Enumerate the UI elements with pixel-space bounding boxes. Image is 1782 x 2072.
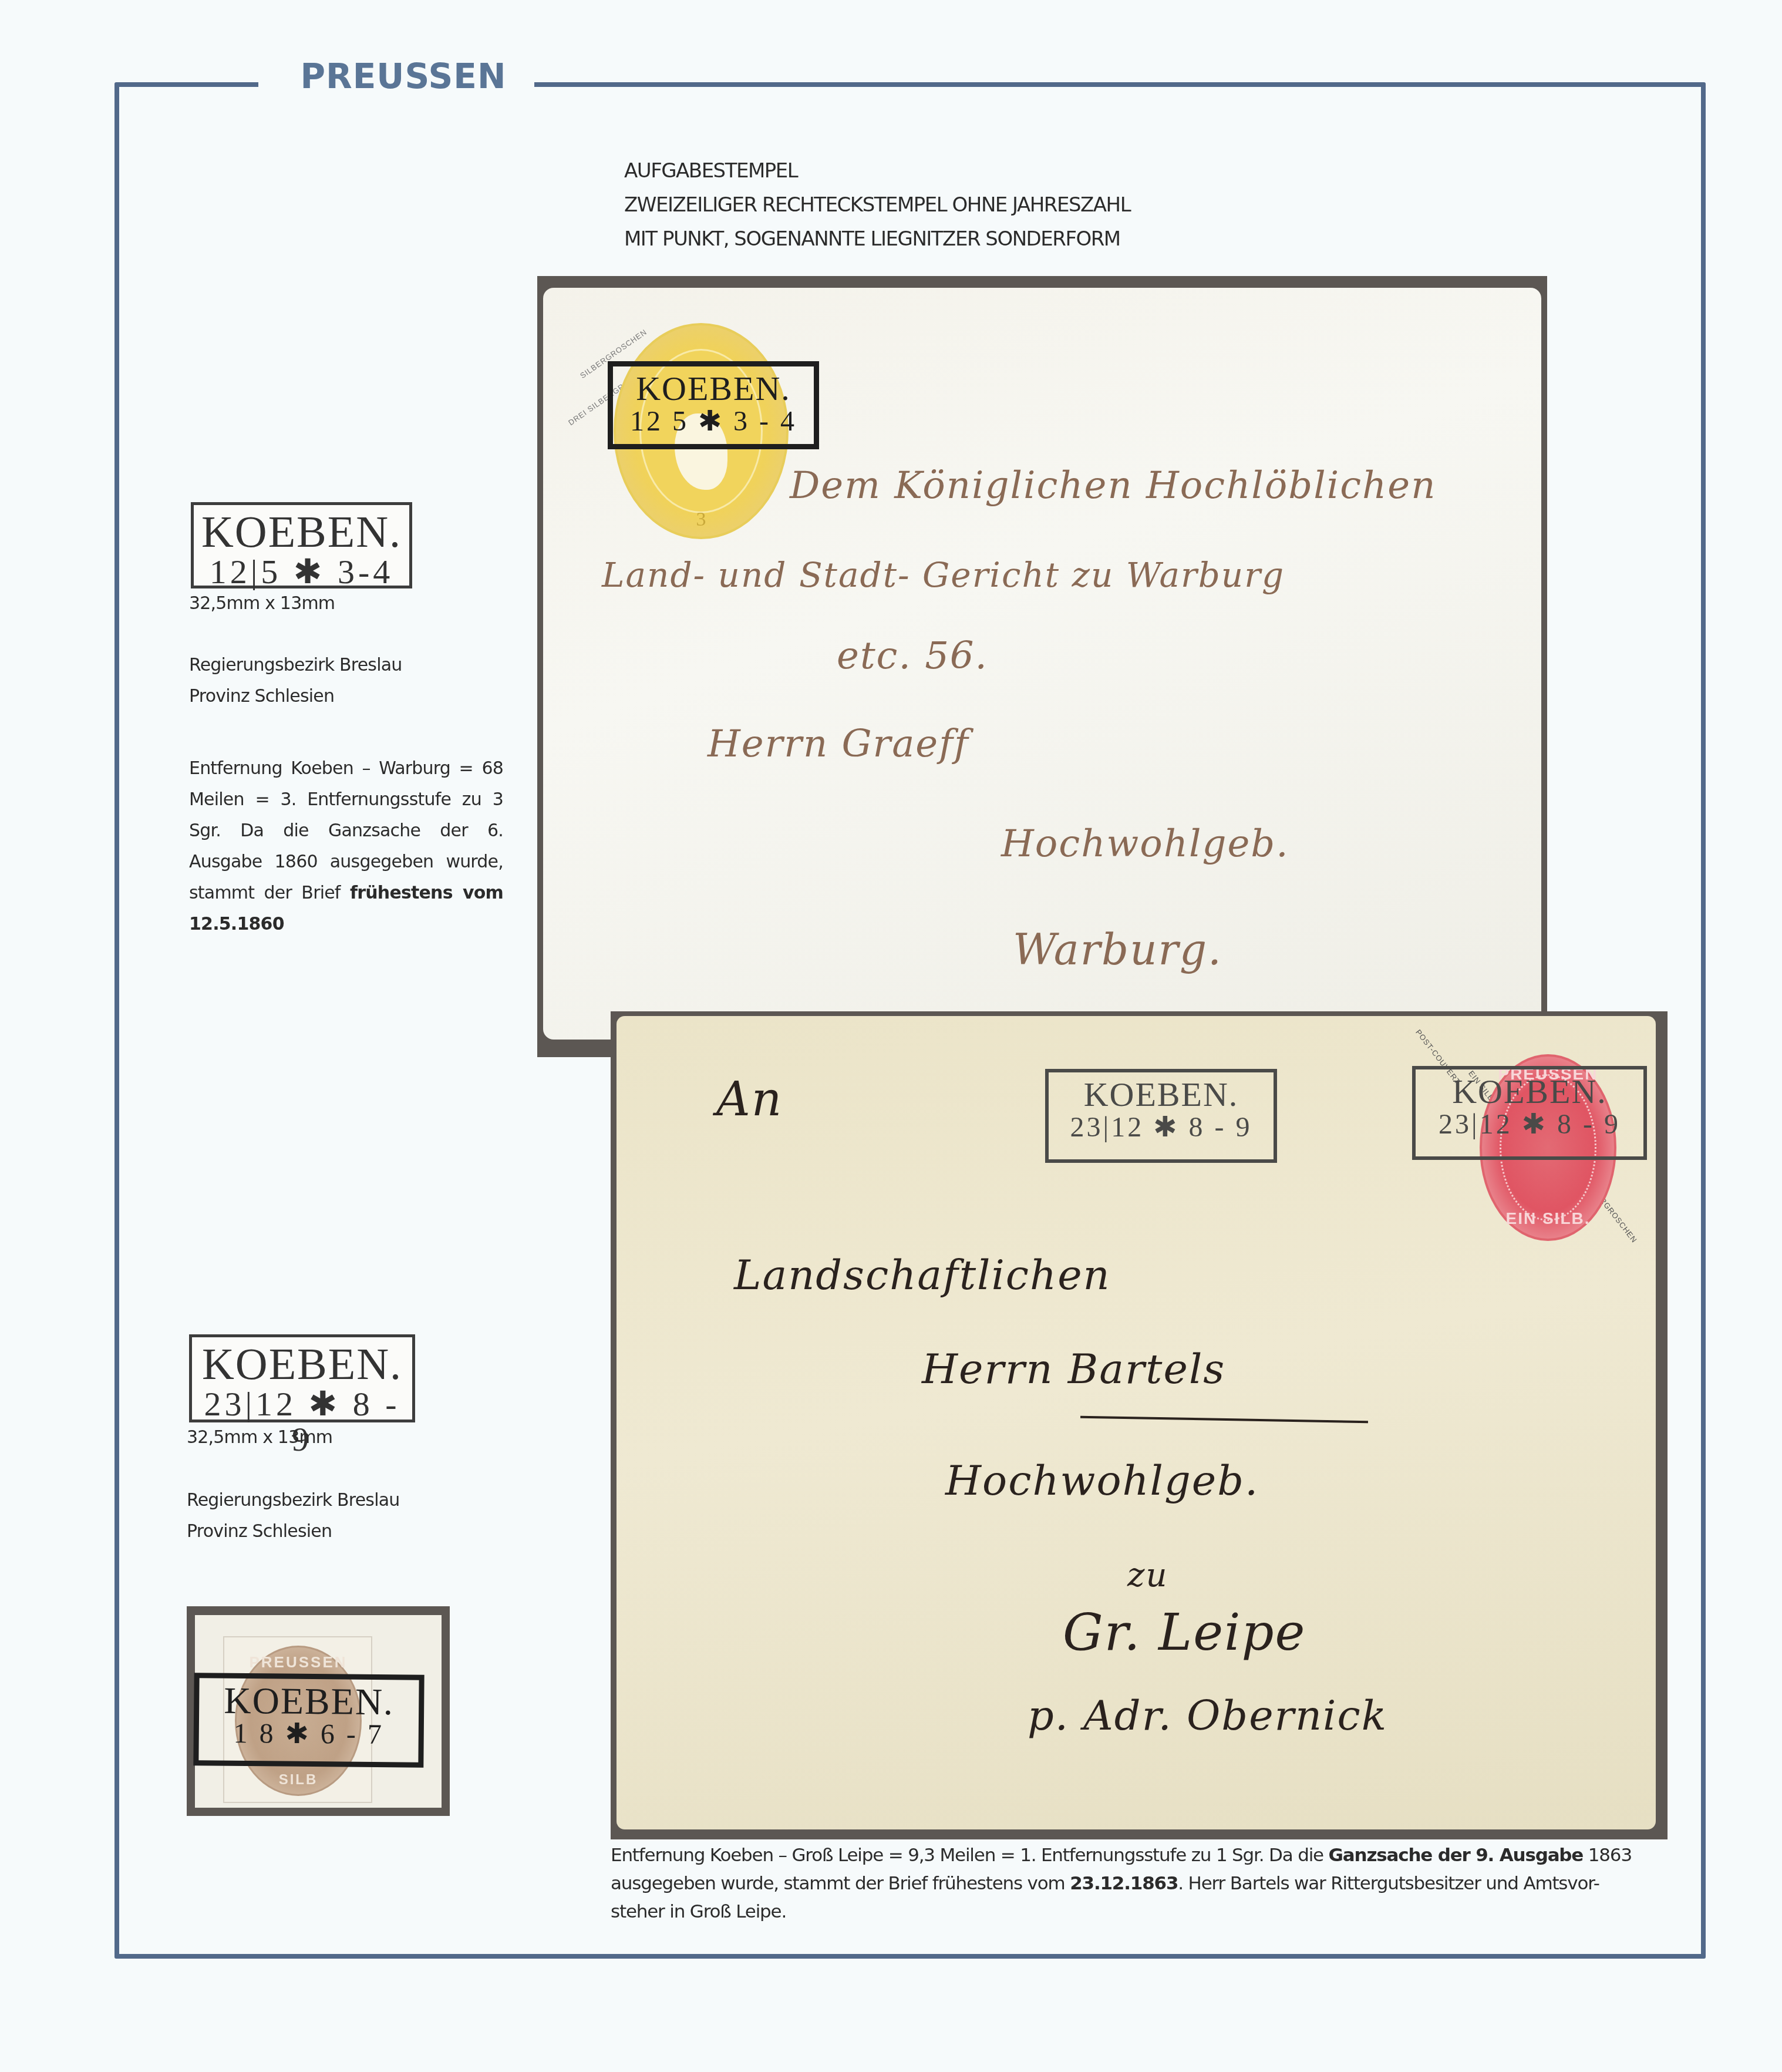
- postmark-date: 23|12 ✱ 8 - 9: [1416, 1109, 1643, 1140]
- header-line-2: ZWEIZEILIGER RECHTECKSTEMPEL OHNE JAHRES…: [624, 188, 1130, 222]
- postmark-date: 12|5 ✱ 3-4: [194, 554, 409, 590]
- cover1-envelope: SILBERGROSCHEN DREI SILBERGROSCHEN POST-…: [543, 288, 1541, 1040]
- postmark-town: KOEBEN.: [1049, 1072, 1274, 1112]
- stamp-size-2: 32,5mm x 13mm: [187, 1427, 332, 1448]
- postmark-date: 12 5 ✱ 3 - 4: [613, 406, 814, 437]
- cover1-description: Entfernung Koeben – Warburg = 68 Meilen …: [189, 753, 503, 940]
- postmark-town: KOEBEN.: [192, 1337, 412, 1387]
- address-line: Warburg.: [1013, 925, 1222, 974]
- postmark-town: KOEBEN.: [1416, 1069, 1643, 1109]
- header-line-1: AUFGABESTEMPEL: [624, 154, 1130, 188]
- province-2: Provinz Schlesien: [187, 1521, 332, 1542]
- address-line: Gr. Leipe: [1063, 1603, 1306, 1662]
- address-line: Land- und Stadt- Gericht zu Warburg: [602, 555, 1285, 595]
- cut-square-fragment: PREUSSEN SILB KOEBEN. 1 8 ✱ 6 - 7: [195, 1615, 442, 1808]
- reference-postmark-1: KOEBEN. 12|5 ✱ 3-4: [191, 502, 412, 588]
- cover1-postmark: KOEBEN. 12 5 ✱ 3 - 4: [608, 361, 819, 449]
- caption-text: Entfernung Koeben – Groß Leipe = 9,3 Mei…: [611, 1845, 1329, 1866]
- address-underline: [1080, 1416, 1368, 1424]
- indicium-bottom-text: EIN SILB.: [1482, 1209, 1614, 1228]
- province-1: Provinz Schlesien: [189, 686, 334, 707]
- address-line: Hochwohlgeb.: [1001, 822, 1289, 866]
- section-header: AUFGABESTEMPEL ZWEIZEILIGER RECHTECKSTEM…: [624, 154, 1130, 256]
- cover2-envelope: POST-COUVERT EIN SILBERGROSCHEN EIN SILB…: [617, 1016, 1656, 1829]
- reference-postmark-2: KOEBEN. 23|12 ✱ 8 - 9: [189, 1334, 415, 1422]
- district-1: Regierungsbezirk Breslau: [189, 655, 402, 675]
- indicium-top-text: PREUSSEN: [237, 1653, 360, 1671]
- address-line: Landschaftlichen: [734, 1251, 1111, 1299]
- caption-date: 23.12.1863: [1070, 1873, 1178, 1894]
- page-title: PREUSSEN: [292, 56, 515, 96]
- cover2-postmark-2: KOEBEN. 23|12 ✱ 8 - 9: [1412, 1066, 1647, 1160]
- address-line: etc. 56.: [837, 634, 988, 678]
- address-line: p. Adr. Obernick: [1028, 1691, 1387, 1740]
- address-line: Herrn Graeff: [708, 722, 969, 766]
- header-line-3: MIT PUNKT, SOGENANNTE LIEGNITZER SONDERF…: [624, 222, 1130, 256]
- address-line: Herrn Bartels: [922, 1345, 1225, 1393]
- address-line: zu: [1127, 1556, 1168, 1595]
- address-line: Hochwohlgeb.: [945, 1457, 1259, 1505]
- caption-bold: Ganzsache der 9. Ausgabe: [1329, 1845, 1584, 1866]
- fragment-postmark: KOEBEN. 1 8 ✱ 6 - 7: [193, 1673, 424, 1767]
- indicium-value: 3: [616, 509, 786, 531]
- cover2-description: Entfernung Koeben – Groß Leipe = 9,3 Mei…: [611, 1841, 1650, 1926]
- postmark-date: 1 8 ✱ 6 - 7: [199, 1718, 419, 1750]
- postmark-town: KOEBEN.: [194, 505, 409, 554]
- address-line: An: [716, 1072, 783, 1126]
- district-2: Regierungsbezirk Breslau: [187, 1490, 400, 1511]
- address-line: Dem Königlichen Hochlöblichen: [790, 464, 1436, 507]
- cover2-postmark-1: KOEBEN. 23|12 ✱ 8 - 9: [1045, 1069, 1277, 1163]
- postmark-town: KOEBEN.: [613, 366, 814, 406]
- description-text: Entfernung Koeben – Warburg = 68 Meilen …: [189, 758, 503, 903]
- postmark-date: 23|12 ✱ 8 - 9: [1049, 1112, 1274, 1143]
- stamp-size-1: 32,5mm x 13mm: [189, 593, 335, 614]
- indicium-bottom-text: SILB: [237, 1772, 360, 1788]
- postmark-town: KOEBEN.: [199, 1678, 419, 1720]
